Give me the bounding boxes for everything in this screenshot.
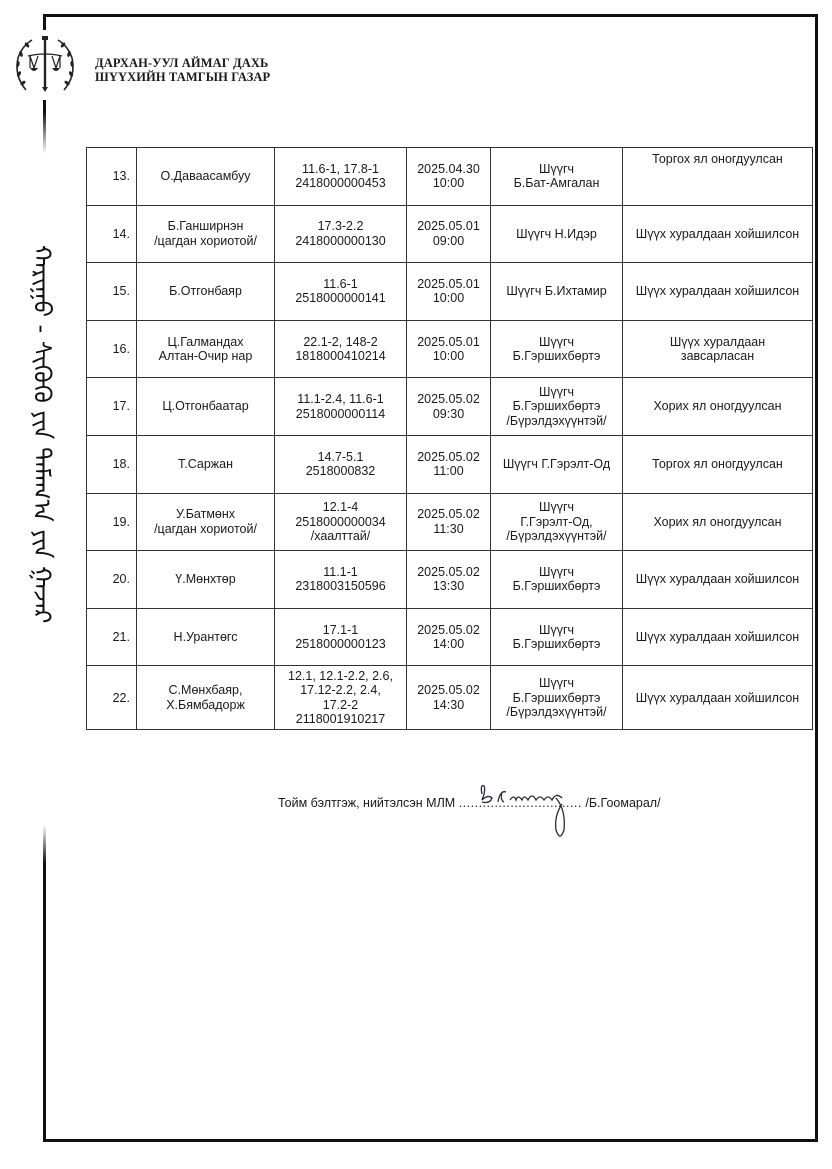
row-number: 18. bbox=[87, 435, 137, 493]
hearing-datetime-cell-line: 2025.05.02 bbox=[409, 450, 488, 465]
defendant-cell-line: /цагдан хориотой/ bbox=[139, 234, 272, 249]
table-row: 14.Б.Ганширнэн/цагдан хориотой/17.3-2.22… bbox=[87, 205, 813, 263]
judge-cell-line: Г.Гэрэлт-Од, bbox=[493, 515, 620, 530]
row-number: 22. bbox=[87, 666, 137, 730]
result-cell-line: Хорих ял оногдуулсан bbox=[625, 399, 810, 414]
judge-cell-line: Шүүгч Б.Ихтамир bbox=[493, 284, 620, 299]
hearing-datetime-cell: 2025.05.0209:30 bbox=[407, 378, 491, 436]
handwritten-signature bbox=[470, 780, 600, 845]
row-number: 19. bbox=[87, 493, 137, 551]
hearing-datetime-cell-line: 2025.05.01 bbox=[409, 219, 488, 234]
hearing-datetime-cell: 2025.05.0214:30 bbox=[407, 666, 491, 730]
row-number: 14. bbox=[87, 205, 137, 263]
judge-cell-line: Б.Гэршихбөртэ bbox=[493, 399, 620, 414]
judge-cell-line: /Бүрэлдэхүүнтэй/ bbox=[493, 414, 620, 429]
case-number-cell: 11.6-1, 17.8-12418000000453 bbox=[275, 148, 407, 206]
defendant-cell: Ү.Мөнхтөр bbox=[137, 551, 275, 609]
hearing-datetime-cell-line: 11:00 bbox=[409, 464, 488, 479]
hearing-datetime-cell: 2025.05.0110:00 bbox=[407, 263, 491, 321]
result-cell: Шүүх хуралдаан хойшилсон bbox=[623, 205, 813, 263]
judge-cell: ШүүгчБ.Гэршихбөртэ/Бүрэлдэхүүнтэй/ bbox=[491, 378, 623, 436]
frame-left-border-bottom bbox=[43, 825, 46, 1142]
judge-cell: Шүүгч Б.Ихтамир bbox=[491, 263, 623, 321]
defendant-cell: Б.Отгонбаяр bbox=[137, 263, 275, 321]
defendant-cell-line: Ү.Мөнхтөр bbox=[139, 572, 272, 587]
result-cell: Шүүх хуралдаан хойшилсон bbox=[623, 263, 813, 321]
judge-cell-line: Б.Гэршихбөртэ bbox=[493, 579, 620, 594]
result-cell: Шүүх хуралдаанзавсарласан bbox=[623, 320, 813, 378]
result-cell: Торгох ял оногдуулсан bbox=[623, 148, 813, 206]
hearing-datetime-cell: 2025.04.3010:00 bbox=[407, 148, 491, 206]
case-number-cell-line: 12.1-4 bbox=[277, 500, 404, 515]
defendant-cell: Ц.ГалмандахАлтан-Очир нар bbox=[137, 320, 275, 378]
table-row: 21.Н.Урантөгс17.1-125180000001232025.05.… bbox=[87, 608, 813, 666]
scales-of-justice-icon bbox=[10, 30, 80, 100]
case-number-cell-line: /хаалттай/ bbox=[277, 529, 404, 544]
result-cell: Шүүх хуралдаан хойшилсон bbox=[623, 551, 813, 609]
case-number-cell-line: 11.1-1 bbox=[277, 565, 404, 580]
defendant-cell-line: Х.Бямбадорж bbox=[139, 698, 272, 713]
case-number-cell-line: 2518000000141 bbox=[277, 291, 404, 306]
judge-cell: ШүүгчГ.Гэрэлт-Од,/Бүрэлдэхүүнтэй/ bbox=[491, 493, 623, 551]
hearing-datetime-cell: 2025.05.0109:00 bbox=[407, 205, 491, 263]
hearing-datetime-cell-line: 14:30 bbox=[409, 698, 488, 713]
case-number-cell-line: 17.3-2.2 bbox=[277, 219, 404, 234]
hearing-datetime-cell: 2025.05.0211:00 bbox=[407, 435, 491, 493]
judge-cell-line: Б.Гэршихбөртэ bbox=[493, 349, 620, 364]
defendant-cell-line: /цагдан хориотой/ bbox=[139, 522, 272, 537]
court-schedule-table: 13.О.Даваасамбуу11.6-1, 17.8-12418000000… bbox=[86, 147, 813, 730]
case-number-cell-line: 2418000000453 bbox=[277, 176, 404, 191]
table-row: 16.Ц.ГалмандахАлтан-Очир нар22.1-2, 148-… bbox=[87, 320, 813, 378]
table-row: 18.Т.Саржан14.7-5.125180008322025.05.021… bbox=[87, 435, 813, 493]
judge-cell: ШүүгчБ.Гэршихбөртэ bbox=[491, 551, 623, 609]
hearing-datetime-cell-line: 13:30 bbox=[409, 579, 488, 594]
judge-cell: Шүүгч Г.Гэрэлт-Од bbox=[491, 435, 623, 493]
table-row: 17.Ц.Отгонбаатар11.1-2.4, 11.6-125180000… bbox=[87, 378, 813, 436]
row-number: 15. bbox=[87, 263, 137, 321]
defendant-cell: Т.Саржан bbox=[137, 435, 275, 493]
case-number-cell-line: 17.2-2 bbox=[277, 698, 404, 713]
row-number: 17. bbox=[87, 378, 137, 436]
hearing-datetime-cell-line: 09:00 bbox=[409, 234, 488, 249]
result-cell-line: Шүүх хуралдаан хойшилсон bbox=[625, 572, 810, 587]
hearing-datetime-cell-line: 10:00 bbox=[409, 176, 488, 191]
table-row: 20.Ү.Мөнхтөр11.1-123180031505962025.05.0… bbox=[87, 551, 813, 609]
judge-cell-line: Шүүгч bbox=[493, 385, 620, 400]
hearing-datetime-cell-line: 2025.05.01 bbox=[409, 277, 488, 292]
side-script-text: ᠬᠠᠷᠢᠭᠤ - ᠰᠢᠭᠦᠬᠦ ᠶᠢᠨ ᠲᠠᠮᠠᠭ᠎ᠠ ᠶᠢᠨ ᠭᠠᠵᠠᠷ bbox=[21, 245, 63, 825]
result-cell: Шүүх хуралдаан хойшилсон bbox=[623, 666, 813, 730]
result-cell-line: Шүүх хуралдаан хойшилсон bbox=[625, 284, 810, 299]
defendant-cell-line: Б.Отгонбаяр bbox=[139, 284, 272, 299]
result-cell: Шүүх хуралдаан хойшилсон bbox=[623, 608, 813, 666]
judge-cell-line: Шүүгч bbox=[493, 565, 620, 580]
defendant-cell: О.Даваасамбуу bbox=[137, 148, 275, 206]
hearing-datetime-cell: 2025.05.0213:30 bbox=[407, 551, 491, 609]
row-number: 16. bbox=[87, 320, 137, 378]
judge-cell-line: /Бүрэлдэхүүнтэй/ bbox=[493, 705, 620, 720]
defendant-cell: У.Батмөнх/цагдан хориотой/ bbox=[137, 493, 275, 551]
judge-cell-line: Шүүгч bbox=[493, 500, 620, 515]
hearing-datetime-cell-line: 2025.05.02 bbox=[409, 683, 488, 698]
judge-cell: ШүүгчБ.Гэршихбөртэ bbox=[491, 608, 623, 666]
result-cell: Хорих ял оногдуулсан bbox=[623, 378, 813, 436]
judge-cell: ШүүгчБ.Бат-Амгалан bbox=[491, 148, 623, 206]
judge-cell: ШүүгчБ.Гэршихбөртэ bbox=[491, 320, 623, 378]
case-number-cell-line: 2518000000034 bbox=[277, 515, 404, 530]
result-cell-line: Торгох ял оногдуулсан bbox=[625, 457, 810, 472]
case-number-cell-line: 2418000000130 bbox=[277, 234, 404, 249]
case-number-cell: 17.1-12518000000123 bbox=[275, 608, 407, 666]
org-name-line1: ДАРХАН-УУЛ АЙМАГ ДАХЬ bbox=[95, 56, 270, 70]
table-row: 19.У.Батмөнх/цагдан хориотой/12.1-425180… bbox=[87, 493, 813, 551]
hearing-datetime-cell: 2025.05.0214:00 bbox=[407, 608, 491, 666]
table-row: 22.С.Мөнхбаяр,Х.Бямбадорж12.1, 12.1-2.2,… bbox=[87, 666, 813, 730]
case-number-cell-line: 2118001910217 bbox=[277, 712, 404, 727]
result-cell-line: Шүүх хуралдаан хойшилсон bbox=[625, 227, 810, 242]
hearing-datetime-cell-line: 2025.05.01 bbox=[409, 335, 488, 350]
case-number-cell: 11.6-12518000000141 bbox=[275, 263, 407, 321]
case-number-cell: 11.1-2.4, 11.6-12518000000114 bbox=[275, 378, 407, 436]
judge-cell-line: Шүүгч bbox=[493, 162, 620, 177]
row-number: 21. bbox=[87, 608, 137, 666]
organization-name: ДАРХАН-УУЛ АЙМАГ ДАХЬ ШҮҮХИЙН ТАМГЫН ГАЗ… bbox=[95, 56, 270, 84]
case-number-cell-line: 2318003150596 bbox=[277, 579, 404, 594]
result-cell-line: Шүүх хуралдаан хойшилсон bbox=[625, 691, 810, 706]
defendant-cell: Б.Ганширнэн/цагдан хориотой/ bbox=[137, 205, 275, 263]
case-number-cell-line: 11.6-1 bbox=[277, 277, 404, 292]
defendant-cell: Ц.Отгонбаатар bbox=[137, 378, 275, 436]
judge-cell-line: Б.Гэршихбөртэ bbox=[493, 637, 620, 652]
defendant-cell-line: Б.Ганширнэн bbox=[139, 219, 272, 234]
case-number-cell-line: 11.1-2.4, 11.6-1 bbox=[277, 392, 404, 407]
judge-cell-line: Шүүгч Г.Гэрэлт-Од bbox=[493, 457, 620, 472]
hearing-datetime-cell-line: 2025.05.02 bbox=[409, 507, 488, 522]
judge-cell-line: Шүүгч bbox=[493, 676, 620, 691]
judge-cell-line: Б.Бат-Амгалан bbox=[493, 176, 620, 191]
vertical-mongolian-script: ᠬᠠᠷᠢᠭᠤ - ᠰᠢᠭᠦᠬᠦ ᠶᠢᠨ ᠲᠠᠮᠠᠭ᠎ᠠ ᠶᠢᠨ ᠭᠠᠵᠠᠷ bbox=[22, 245, 62, 825]
defendant-cell-line: О.Даваасамбуу bbox=[139, 169, 272, 184]
judge-cell-line: Шүүгч Н.Идэр bbox=[493, 227, 620, 242]
case-number-cell-line: 17.12-2.2, 2.4, bbox=[277, 683, 404, 698]
defendant-cell-line: Ц.Галмандах bbox=[139, 335, 272, 350]
case-number-cell: 12.1, 12.1-2.2, 2.6,17.12-2.2, 2.4,17.2-… bbox=[275, 666, 407, 730]
case-number-cell-line: 1818000410214 bbox=[277, 349, 404, 364]
case-number-cell: 12.1-42518000000034/хаалттай/ bbox=[275, 493, 407, 551]
result-cell-line: Торгох ял оногдуулсан bbox=[625, 152, 810, 167]
judge-cell-line: Б.Гэршихбөртэ bbox=[493, 691, 620, 706]
case-number-cell: 14.7-5.12518000832 bbox=[275, 435, 407, 493]
hearing-datetime-cell-line: 2025.05.02 bbox=[409, 392, 488, 407]
case-number-cell: 17.3-2.22418000000130 bbox=[275, 205, 407, 263]
judge-cell-line: Шүүгч bbox=[493, 335, 620, 350]
defendant-cell: Н.Урантөгс bbox=[137, 608, 275, 666]
case-number-cell-line: 17.1-1 bbox=[277, 623, 404, 638]
result-cell-line: завсарласан bbox=[625, 349, 810, 364]
defendant-cell-line: С.Мөнхбаяр, bbox=[139, 683, 272, 698]
case-number-cell-line: 2518000000114 bbox=[277, 407, 404, 422]
case-number-cell-line: 11.6-1, 17.8-1 bbox=[277, 162, 404, 177]
case-number-cell-line: 14.7-5.1 bbox=[277, 450, 404, 465]
hearing-datetime-cell-line: 10:00 bbox=[409, 291, 488, 306]
row-number: 13. bbox=[87, 148, 137, 206]
result-cell: Торгох ял оногдуулсан bbox=[623, 435, 813, 493]
result-cell: Хорих ял оногдуулсан bbox=[623, 493, 813, 551]
hearing-datetime-cell-line: 11:30 bbox=[409, 522, 488, 537]
hearing-datetime-cell-line: 2025.05.02 bbox=[409, 565, 488, 580]
judge-cell-line: /Бүрэлдэхүүнтэй/ bbox=[493, 529, 620, 544]
table-row: 15.Б.Отгонбаяр11.6-125180000001412025.05… bbox=[87, 263, 813, 321]
table-row: 13.О.Даваасамбуу11.6-1, 17.8-12418000000… bbox=[87, 148, 813, 206]
hearing-datetime-cell-line: 10:00 bbox=[409, 349, 488, 364]
result-cell-line: Хорих ял оногдуулсан bbox=[625, 515, 810, 530]
case-number-cell-line: 22.1-2, 148-2 bbox=[277, 335, 404, 350]
hearing-datetime-cell-line: 14:00 bbox=[409, 637, 488, 652]
hearing-datetime-cell-line: 2025.05.02 bbox=[409, 623, 488, 638]
org-name-line2: ШҮҮХИЙН ТАМГЫН ГАЗАР bbox=[95, 70, 270, 84]
hearing-datetime-cell: 2025.05.0211:30 bbox=[407, 493, 491, 551]
defendant-cell: С.Мөнхбаяр,Х.Бямбадорж bbox=[137, 666, 275, 730]
defendant-cell-line: Алтан-Очир нар bbox=[139, 349, 272, 364]
defendant-cell-line: У.Батмөнх bbox=[139, 507, 272, 522]
case-number-cell-line: 2518000000123 bbox=[277, 637, 404, 652]
prepared-by-label: Тойм бэлтгэж, нийтэлсэн МЛМ bbox=[278, 796, 455, 810]
hearing-datetime-cell-line: 09:30 bbox=[409, 407, 488, 422]
result-cell-line: Шүүх хуралдаан bbox=[625, 335, 810, 350]
case-number-cell-line: 12.1, 12.1-2.2, 2.6, bbox=[277, 669, 404, 684]
judge-cell: ШүүгчБ.Гэршихбөртэ/Бүрэлдэхүүнтэй/ bbox=[491, 666, 623, 730]
case-number-cell: 11.1-12318003150596 bbox=[275, 551, 407, 609]
defendant-cell-line: Ц.Отгонбаатар bbox=[139, 399, 272, 414]
hearing-datetime-cell: 2025.05.0110:00 bbox=[407, 320, 491, 378]
row-number: 20. bbox=[87, 551, 137, 609]
case-number-cell: 22.1-2, 148-21818000410214 bbox=[275, 320, 407, 378]
defendant-cell-line: Н.Урантөгс bbox=[139, 630, 272, 645]
judge-cell: Шүүгч Н.Идэр bbox=[491, 205, 623, 263]
judge-cell-line: Шүүгч bbox=[493, 623, 620, 638]
case-number-cell-line: 2518000832 bbox=[277, 464, 404, 479]
defendant-cell-line: Т.Саржан bbox=[139, 457, 272, 472]
result-cell-line: Шүүх хуралдаан хойшилсон bbox=[625, 630, 810, 645]
hearing-datetime-cell-line: 2025.04.30 bbox=[409, 162, 488, 177]
